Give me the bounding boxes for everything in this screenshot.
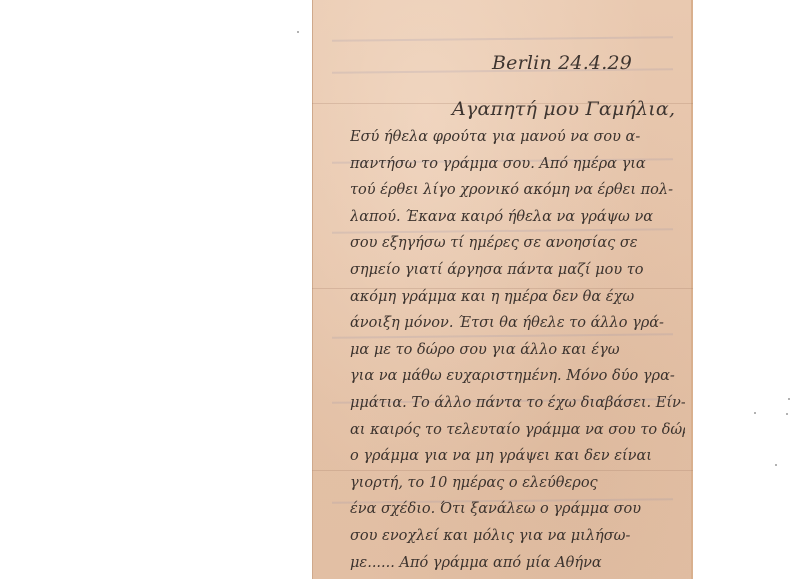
letter-line: μα με το δώρο σου για άλλο και έγω — [350, 337, 685, 364]
letter-line: Εσύ ήθελα φρούτα για μανού να σου α- — [350, 124, 685, 151]
letter-line: λαπού. Έκανα καιρό ήθελα να γράψω να — [350, 204, 685, 231]
scan-speck — [788, 398, 790, 400]
letter-salutation: Αγαπητή μου Γαμήλια, — [452, 98, 675, 120]
letter-line: για να μάθω ευχαριστημένη. Μόνο δύο γρα- — [350, 363, 685, 390]
letter-paper: Berlin 24.4.29 Αγαπητή μου Γαμήλια, Εσύ … — [312, 0, 693, 579]
bleed-through-line — [332, 36, 673, 42]
letter-line: παντήσω το γράμμα σου. Από ημέρα για — [350, 151, 685, 178]
letter-line: σου εξηγήσω τί ημέρες σε ανοησίας σε — [350, 230, 685, 257]
letter-line: τού έρθει λίγο χρονικό ακόμη να έρθει πο… — [350, 177, 685, 204]
scan-speck — [786, 413, 788, 415]
letter-line: γιορτή, το 10 ημέρας ο ελεύθερος — [350, 470, 685, 497]
letter-line: σημείο γιατί άργησα πάντα μαζί μου το — [350, 257, 685, 284]
scan-speck — [297, 31, 299, 33]
letter-line: άνοιξη μόνον. Έτσι θα ήθελε το άλλο γρά- — [350, 310, 685, 337]
letter-line: μμάτια. Το άλλο πάντα το έχω διαβάσει. Ε… — [350, 390, 685, 417]
letter-line: ένα σχέδιο. Ότι ξανάλεω ο γράμμα σου — [350, 496, 685, 523]
letter-line: αι καιρός το τελευταίο γράμμα να σου το … — [350, 417, 685, 444]
letter-line: σου ενοχλεί και μόλις για να μιλήσω- — [350, 523, 685, 550]
letter-body: Εσύ ήθελα φρούτα για μανού να σου α- παν… — [350, 124, 685, 576]
letter-line: με...... Από γράμμα από μία Αθήνα — [350, 550, 685, 577]
letter-line: ακόμη γράμμα και η ημέρα δεν θα έχω — [350, 284, 685, 311]
scan-speck — [754, 412, 756, 414]
letter-dateline: Berlin 24.4.29 — [492, 52, 632, 74]
letter-line: ο γράμμα για να μη γράψει και δεν είναι — [350, 443, 685, 470]
scan-speck — [775, 464, 777, 466]
